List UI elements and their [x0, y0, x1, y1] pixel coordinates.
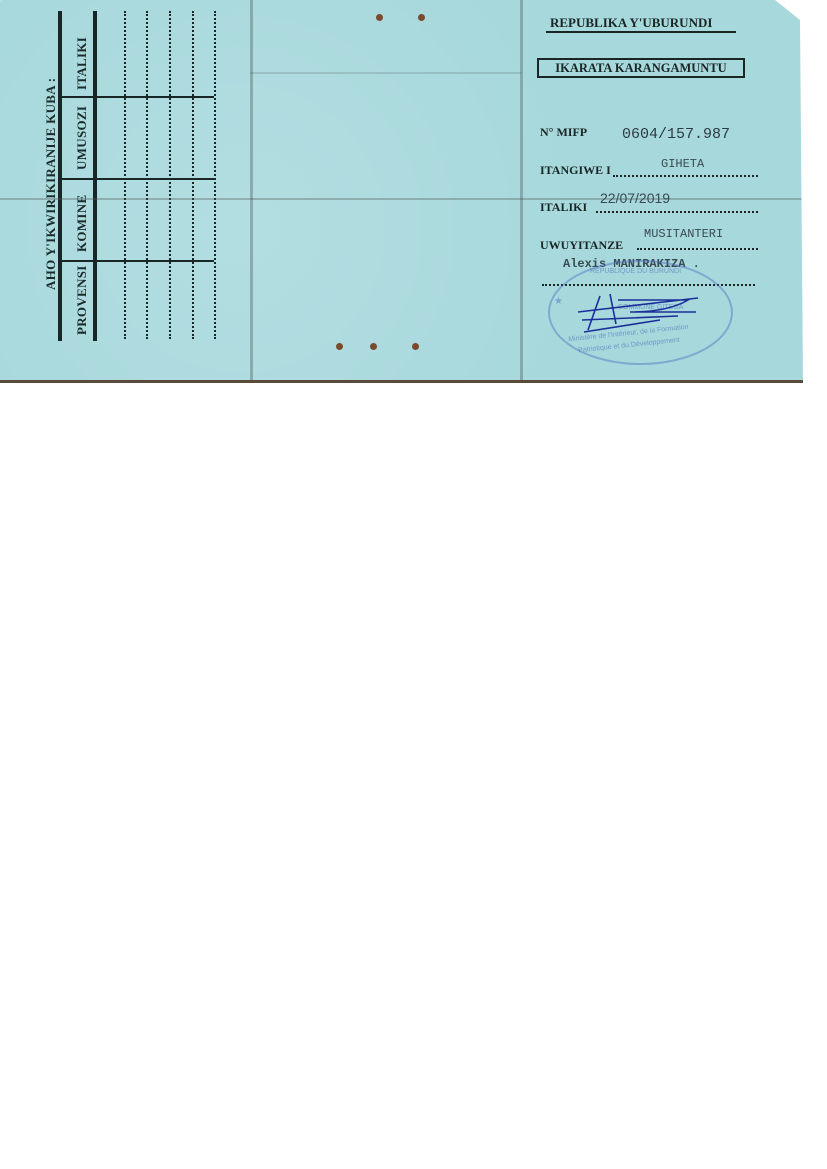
table-border-line [93, 11, 97, 341]
mifp-label: N° MIFP [540, 125, 587, 140]
horizontal-crease [250, 72, 522, 74]
issued-at-dotted-line [613, 175, 758, 177]
star-icon: ★ [554, 296, 563, 307]
entry-line [192, 11, 194, 339]
date-dotted-line [596, 211, 758, 213]
column-komine: KOMINE [74, 195, 90, 252]
column-italiki: ITALIKI [74, 37, 90, 90]
column-umusozi: UMUSOZI [74, 106, 90, 170]
entry-line [214, 11, 216, 339]
title-underline [546, 31, 736, 33]
date-value: 22/07/2019 [600, 190, 670, 206]
card-title: IKARATA KARANGAMUNTU [537, 58, 745, 78]
entry-line [169, 11, 171, 339]
table-border-line [58, 11, 62, 341]
middle-panel-blank [250, 0, 522, 380]
staple-hole [376, 14, 383, 21]
table-heading: AHO Y'IKWIRIKIRANIJE KUBA : [43, 78, 59, 290]
staple-hole [336, 343, 343, 350]
staple-hole [418, 14, 425, 21]
left-panel-registration-table: AHO Y'IKWIRIKIRANIJE KUBA : PROVENSI KOM… [0, 0, 250, 380]
staple-hole [370, 343, 377, 350]
stamp-line: REPUBLIQUE DU BURUNDI [590, 268, 681, 275]
issuer-title: MUSITANTERI [644, 227, 723, 241]
issuer-label: UWUYITANZE [540, 238, 623, 253]
issued-at-label: ITANGIWE I [540, 163, 611, 178]
entry-line [146, 11, 148, 339]
issued-at-value: GIHETA [661, 157, 704, 171]
date-label: ITALIKI [540, 200, 587, 215]
horizontal-crease [0, 198, 803, 200]
issuer-dotted-line [637, 248, 758, 250]
column-provensi: PROVENSI [74, 265, 90, 335]
mifp-value: 0604/157.987 [622, 126, 730, 143]
country-title: REPUBLIKA Y'UBURUNDI [550, 15, 712, 31]
staple-hole [412, 343, 419, 350]
id-card: AHO Y'IKWIRIKIRANIJE KUBA : PROVENSI KOM… [0, 0, 803, 383]
entry-line [124, 11, 126, 339]
signature-icon [570, 290, 710, 340]
